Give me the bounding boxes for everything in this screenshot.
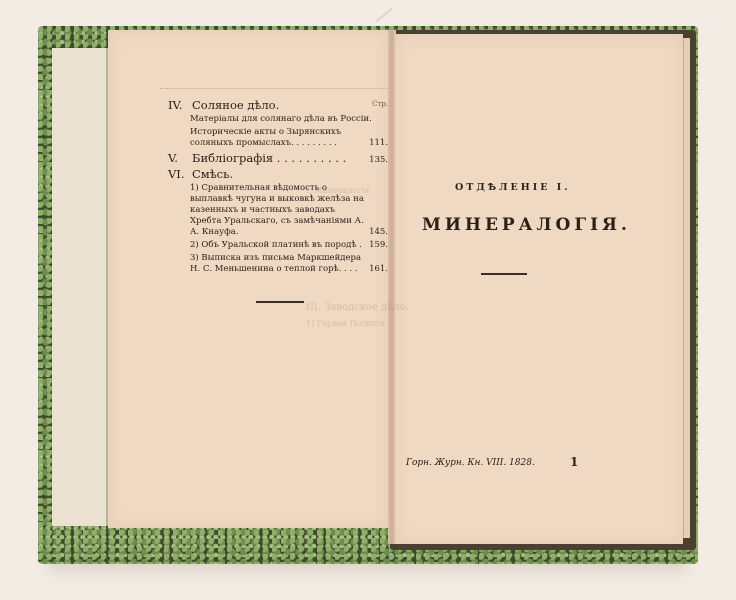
toc-section: VI. Смѣсь. (168, 167, 388, 181)
toc-subentry: 1) Сравнительная вѣдомость о выплавкѣ чу… (168, 183, 388, 238)
toc-section: IV. Соляное дѣло. (168, 98, 388, 112)
toc-subentry: Матеріалы для солянаго дѣла въ Россіи. (168, 114, 388, 125)
end-rule (256, 301, 304, 303)
bleed-text: 1) Горная Полиція (306, 318, 385, 329)
title-rule (481, 273, 527, 275)
toc-section: V. Библіографія . . . . . . . . . . 135. (168, 151, 388, 165)
toc-subentry: 2) Объ Уральской платинѣ въ породѣ . 159… (168, 240, 388, 251)
department-heading: ОТДѢЛЕНІЕ I. (455, 182, 571, 193)
binding-thread (376, 8, 393, 22)
page-column-label: Стр. (372, 100, 388, 108)
toc-subentry: Историческіе акты о Зырянскихъ соляныхъ … (168, 127, 388, 149)
page-number: 1 (570, 455, 578, 469)
chapter-title: МИНЕРАЛОГІЯ. (422, 215, 631, 235)
flyleaf (52, 48, 109, 526)
signature-line: Горн. Журн. Кн. VIII. 1828. (406, 458, 535, 468)
table-of-contents: Стр. IV. Соляное дѣло. Матеріалы для сол… (168, 96, 388, 277)
page-edges (683, 38, 690, 538)
bleed-text: III. Заводское дѣло. (306, 302, 409, 313)
toc-subentry: 3) Выписка изъ письма Маркшейдера Н. С. … (168, 253, 388, 275)
header-rule (160, 88, 388, 89)
